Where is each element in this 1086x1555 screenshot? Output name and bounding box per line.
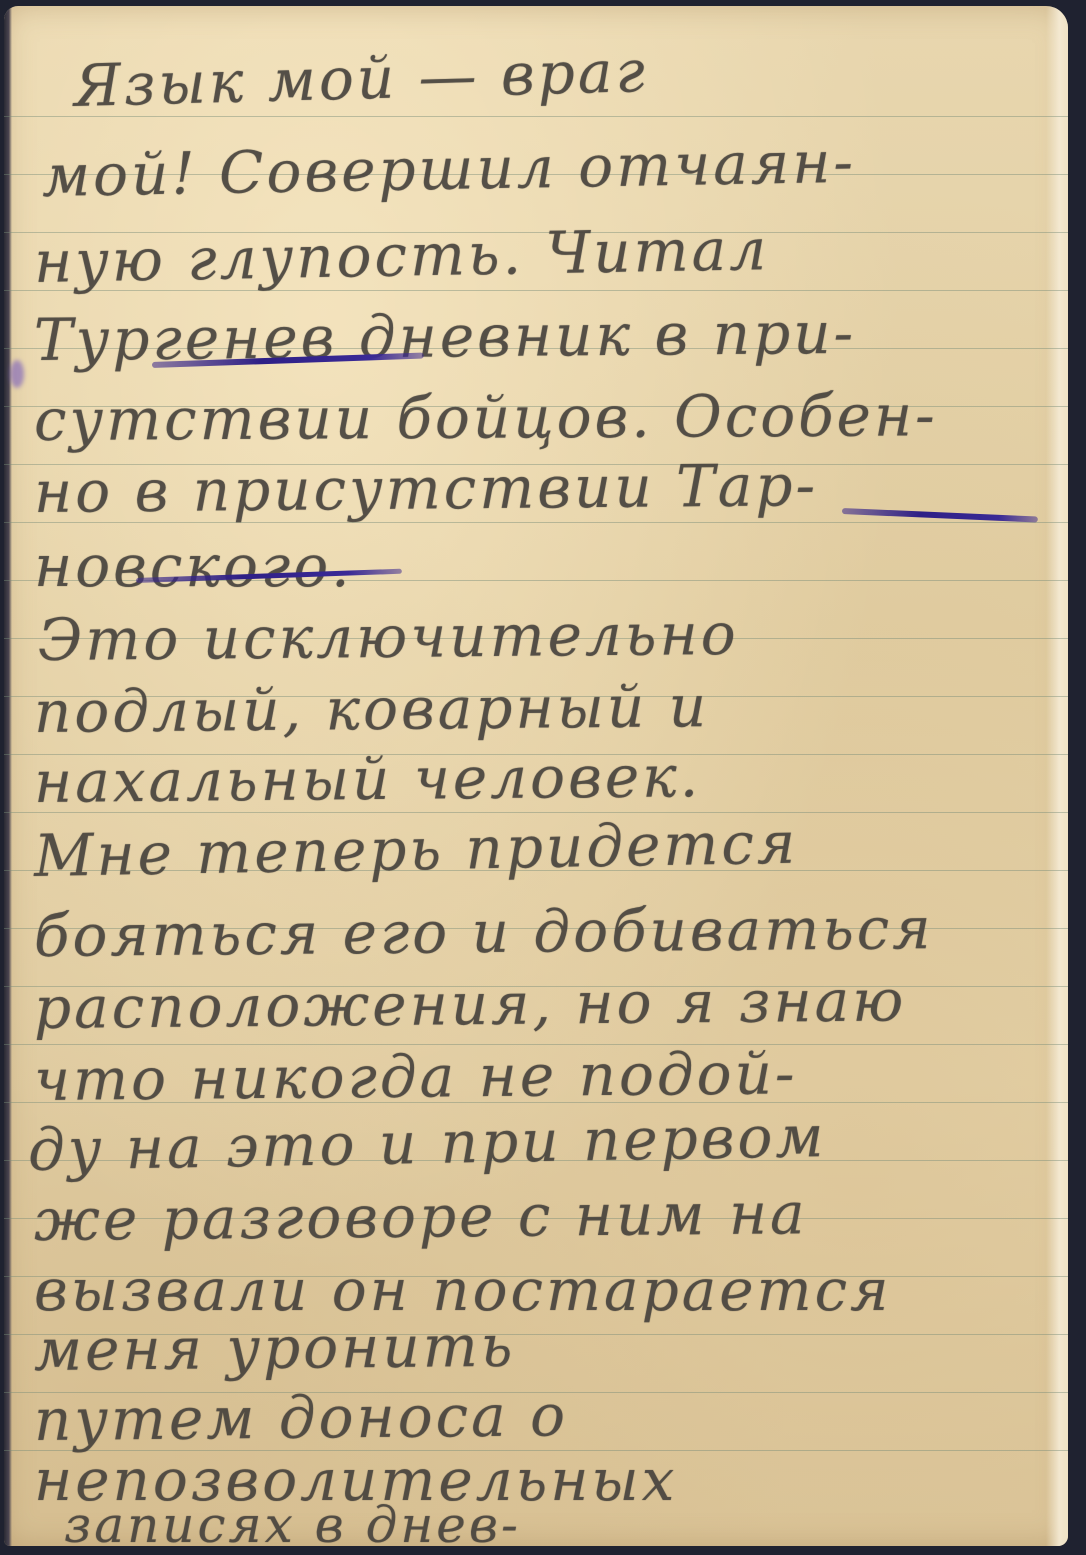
notebook-binding-edge xyxy=(4,6,12,1546)
handwritten-line: сутствии бойцов. Особен- xyxy=(34,381,938,454)
handwritten-line: бояться его и добиваться xyxy=(34,894,934,970)
handwritten-line: новского. xyxy=(34,532,353,600)
handwritten-line: что никогда не подой- xyxy=(34,1039,798,1114)
handwritten-line: нахальный человек. xyxy=(34,742,702,816)
handwritten-line: записях в днев- xyxy=(64,1496,521,1546)
handwritten-line: расположения, но я знаю xyxy=(34,966,907,1042)
handwritten-line: путем доноса о xyxy=(34,1381,569,1454)
handwritten-line: Язык мой — враг xyxy=(73,37,648,120)
handwritten-line: мой! Совершил отчаян- xyxy=(41,128,856,210)
handwritten-line: подлый, коварный и xyxy=(34,672,710,746)
handwritten-line: ную глупость. Читал xyxy=(33,215,769,296)
ink-underline-tar xyxy=(842,508,1038,523)
handwritten-line: ду на это и при первом xyxy=(27,1102,827,1184)
handwritten-line: же разговоре с ним на xyxy=(34,1179,808,1254)
handwritten-line: меня уронить xyxy=(34,1312,516,1384)
page-right-edge xyxy=(1046,6,1068,1546)
ink-smudge xyxy=(10,360,24,388)
handwritten-line: но в присутствии Тар- xyxy=(34,451,819,526)
handwritten-line: Мне теперь придется xyxy=(33,809,798,890)
notebook-page: Язык мой — враг мой! Совершил отчаян- ну… xyxy=(4,6,1068,1546)
handwritten-line: Это исключительно xyxy=(38,600,739,674)
